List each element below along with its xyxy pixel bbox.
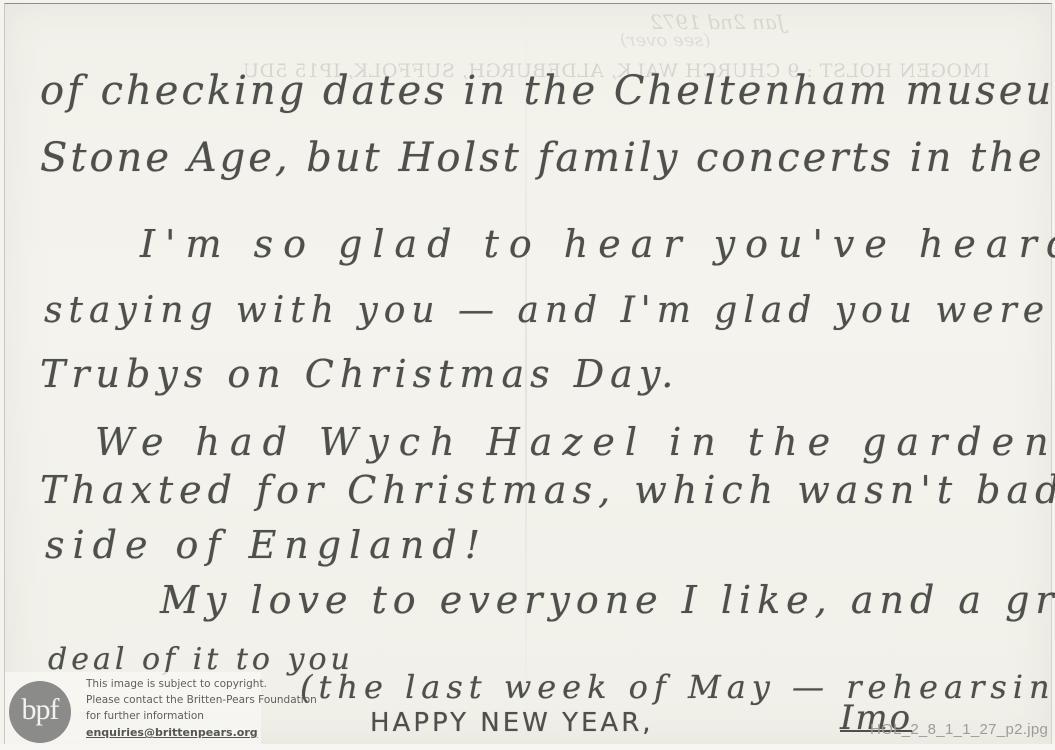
- bpf-logo: bpf: [9, 681, 71, 743]
- letter-line-2: Stone Age, but Holst family concerts in …: [40, 135, 1055, 181]
- letter-line-9: My love to everyone I like, and a great: [160, 578, 1055, 622]
- letter-line-7: Thaxted for Christmas, which wasn't bad …: [40, 468, 1055, 512]
- bottom-margin: [0, 744, 1055, 750]
- info-notice: for further information: [86, 710, 204, 722]
- letter-line-8: side of England!: [45, 523, 488, 567]
- letter-line-3: I'm so glad to hear you've heard Dr Pent…: [140, 222, 1055, 266]
- contact-notice: Please contact the Britten-Pears Foundat…: [86, 694, 317, 706]
- contact-email-link[interactable]: enquiries@brittenpears.org: [86, 726, 258, 739]
- filename-label: HOL_2_8_1_1_27_p2.jpg: [870, 721, 1048, 738]
- letter-line-12-greeting: HAPPY NEW YEAR,: [370, 708, 654, 738]
- letter-line-4: staying with you — and I'm glad you were…: [44, 290, 1055, 331]
- letter-scan-viewer: Jan 2nd 1972 IMOGEN HOLST : 9 CHURCH WAL…: [0, 0, 1055, 750]
- letter-line-5: Trubys on Christmas Day.: [40, 352, 679, 396]
- copyright-notice: This image is subject to copyright.: [86, 678, 267, 690]
- ghost-note: (see over): [620, 30, 711, 51]
- letter-line-1: of checking dates in the Cheltenham muse…: [40, 68, 1055, 114]
- letter-line-6: We had Wych Hazel in the garden at: [95, 420, 1055, 464]
- letter-line-11: (the last week of May — rehearsing for F…: [300, 668, 1055, 706]
